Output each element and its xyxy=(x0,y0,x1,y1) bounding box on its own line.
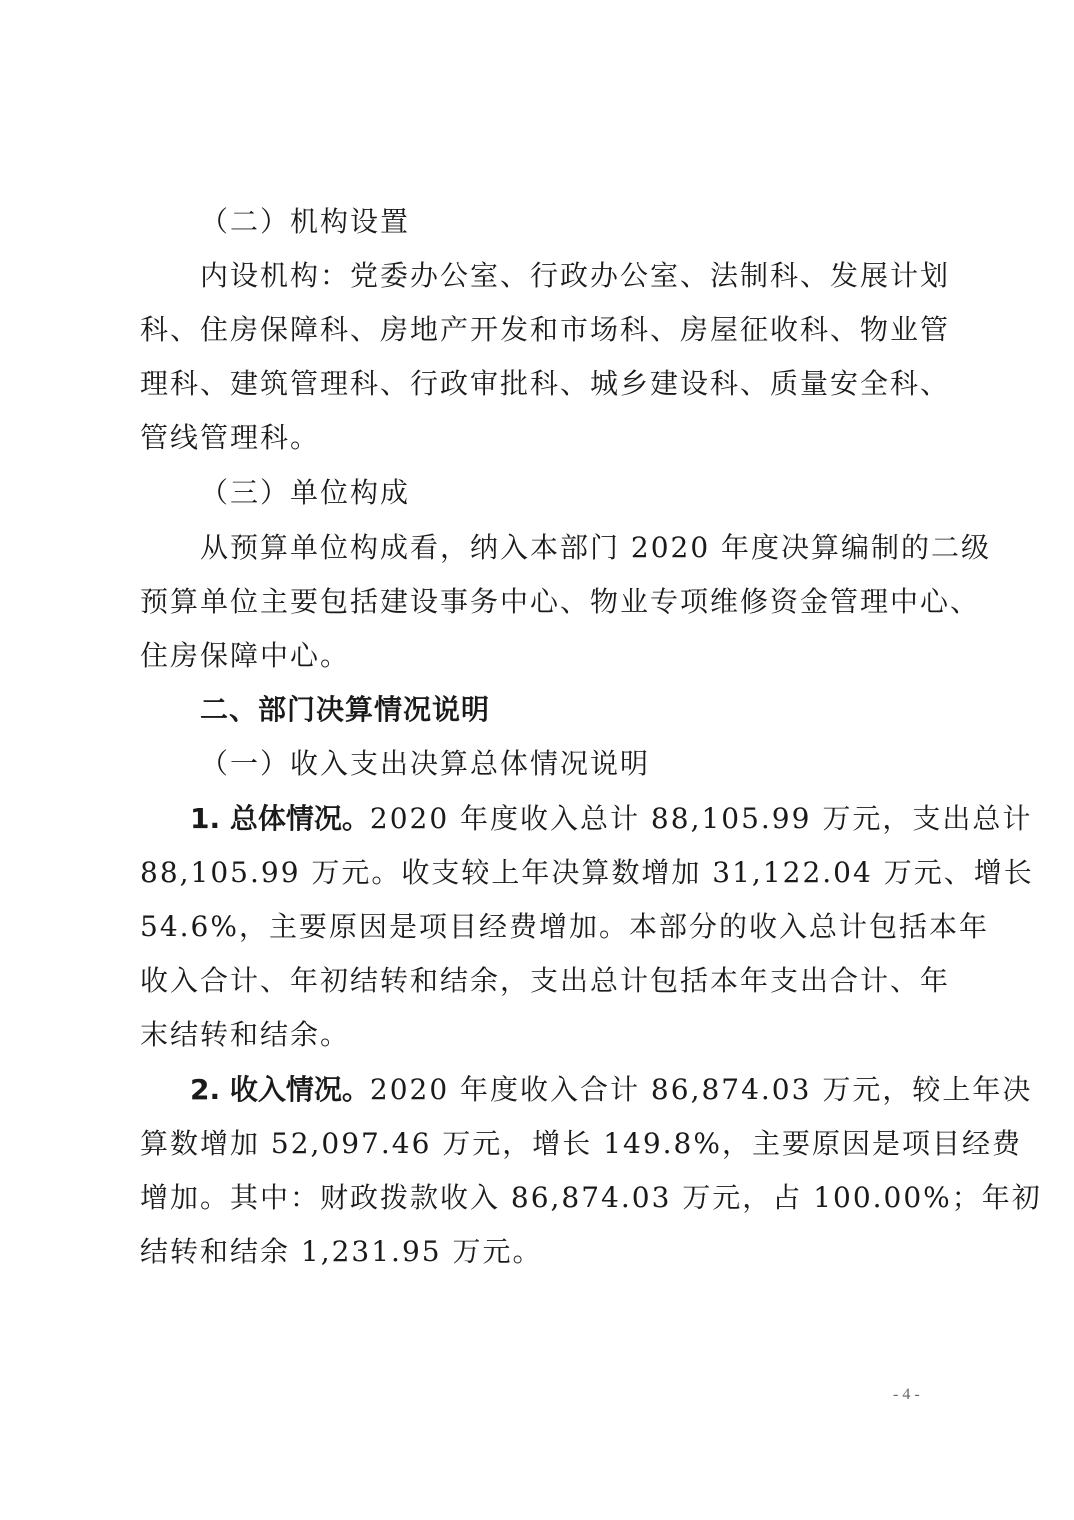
paragraph-line: 结转和结余 1,231.95 万元。 xyxy=(140,1234,930,1270)
paragraph-line: 收入合计、年初结转和结余，支出总计包括本年支出合计、年 xyxy=(140,963,930,999)
paragraph-line: 54.6%，主要原因是项目经费增加。本部分的收入总计包括本年 xyxy=(140,909,930,945)
paragraph-line: 末结转和结余。 xyxy=(140,1017,930,1053)
income-paragraph-first-line: 2. 收入情况。2020 年度收入合计 86,874.03 万元，较上年决 xyxy=(190,1072,980,1108)
paragraph-line: 从预算单位构成看，纳入本部门 2020 年度决算编制的二级 xyxy=(200,530,990,566)
section-heading-org: （二）机构设置 xyxy=(200,204,990,240)
paragraph-line: 住房保障中心。 xyxy=(140,638,930,674)
paragraph-line: 管线管理科。 xyxy=(140,420,930,456)
page-number: - 4 - xyxy=(893,1386,920,1404)
paragraph-line: 增加。其中：财政拨款收入 86,874.03 万元，占 100.00%；年初 xyxy=(140,1180,930,1216)
paragraph-line: 88,105.99 万元。收支较上年决算数增加 31,122.04 万元、增长 xyxy=(140,855,930,891)
overall-paragraph-first-line: 1. 总体情况。2020 年度收入总计 88,105.99 万元，支出总计 xyxy=(190,801,980,837)
paragraph-text: 2020 年度收入合计 86,874.03 万元，较上年决 xyxy=(370,1073,1032,1106)
paragraph-line: 算数增加 52,097.46 万元，增长 149.8%，主要原因是项目经费 xyxy=(140,1126,930,1162)
section-heading-units: （三）单位构成 xyxy=(200,475,990,511)
chapter-heading: 二、部门决算情况说明 xyxy=(200,692,990,728)
paragraph-text: 2020 年度收入总计 88,105.99 万元，支出总计 xyxy=(370,802,1032,835)
paragraph-line: 理科、建筑管理科、行政审批科、城乡建设科、质量安全科、 xyxy=(140,366,930,402)
document-page: （二）机构设置 内设机构：党委办公室、行政办公室、法制科、发展计划 科、住房保障… xyxy=(0,0,1074,1520)
paragraph-line: 科、住房保障科、房地产开发和市场科、房屋征收科、物业管 xyxy=(140,312,930,348)
income-lead: 2. 收入情况。 xyxy=(190,1073,370,1106)
paragraph-line: 内设机构：党委办公室、行政办公室、法制科、发展计划 xyxy=(200,258,990,294)
sub-heading: （一）收入支出决算总体情况说明 xyxy=(200,746,990,782)
overall-lead: 1. 总体情况。 xyxy=(190,802,370,835)
paragraph-line: 预算单位主要包括建设事务中心、物业专项维修资金管理中心、 xyxy=(140,584,930,620)
